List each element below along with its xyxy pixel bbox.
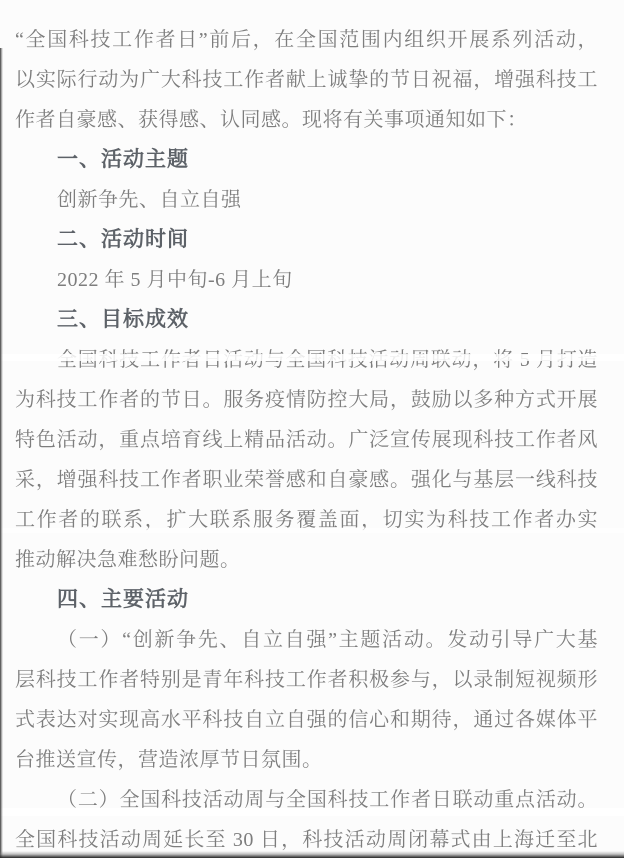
paragraph-line: 全国科技工作者日活动与全国科技活动周联动，将 5 月打造 (15, 340, 598, 380)
section-heading: 三、目标成效 (15, 300, 598, 340)
paragraph-line: 式表达对实现高水平科技自立自强的信心和期待，通过各媒体平 (15, 700, 598, 740)
paragraph-line: 创新争先、自立自强 (15, 180, 598, 220)
scan-edge-left (0, 48, 3, 858)
paragraph-line: 层科技工作者特别是青年科技工作者积极参与，以录制短视频形 (15, 660, 598, 700)
section-heading: 四、主要活动 (15, 580, 598, 620)
paragraph-line: 推动解决急难愁盼问题。 (15, 540, 598, 580)
paragraph-line: 以实际行动为广大科技工作者献上诚挚的节日祝福，增强科技工 (15, 60, 598, 100)
paragraph-line: 台推送宣传，营造浓厚节日氛围。 (15, 740, 598, 780)
document-page: “全国科技工作者日”前后，在全国范围内组织开展系列活动， 以实际行动为广大科技工… (0, 0, 624, 858)
paragraph-line: 为科技工作者的节日。服务疫情防控大局，鼓励以多种方式开展 (15, 380, 598, 420)
section-heading: 二、活动时间 (15, 220, 598, 260)
paragraph-line: （二）全国科技活动周与全国科技工作者日联动重点活动。 (15, 780, 598, 820)
paragraph-line: 采，增强科技工作者职业荣誉感和自豪感。强化与基层一线科技 (15, 460, 598, 500)
paragraph-line: 全国科技活动周延长至 30 日，科技活动周闭幕式由上海迁至北 (15, 820, 598, 858)
section-heading: 一、活动主题 (15, 140, 598, 180)
paragraph-line: 作者自豪感、获得感、认同感。现将有关事项通知如下： (15, 100, 598, 140)
notice-text: “全国科技工作者日”前后，在全国范围内组织开展系列活动， 以实际行动为广大科技工… (15, 20, 598, 858)
paragraph-line: “全国科技工作者日”前后，在全国范围内组织开展系列活动， (15, 20, 598, 60)
paragraph-line: 特色活动，重点培育线上精品活动。广泛宣传展现科技工作者风 (15, 420, 598, 460)
paragraph-line: 工作者的联系，扩大联系服务覆盖面，切实为科技工作者办实事， (15, 500, 598, 540)
paragraph-line: 2022 年 5 月中旬-6 月上旬 (15, 260, 598, 300)
paragraph-line: （一）“创新争先、自立自强”主题活动。发动引导广大基 (15, 620, 598, 660)
